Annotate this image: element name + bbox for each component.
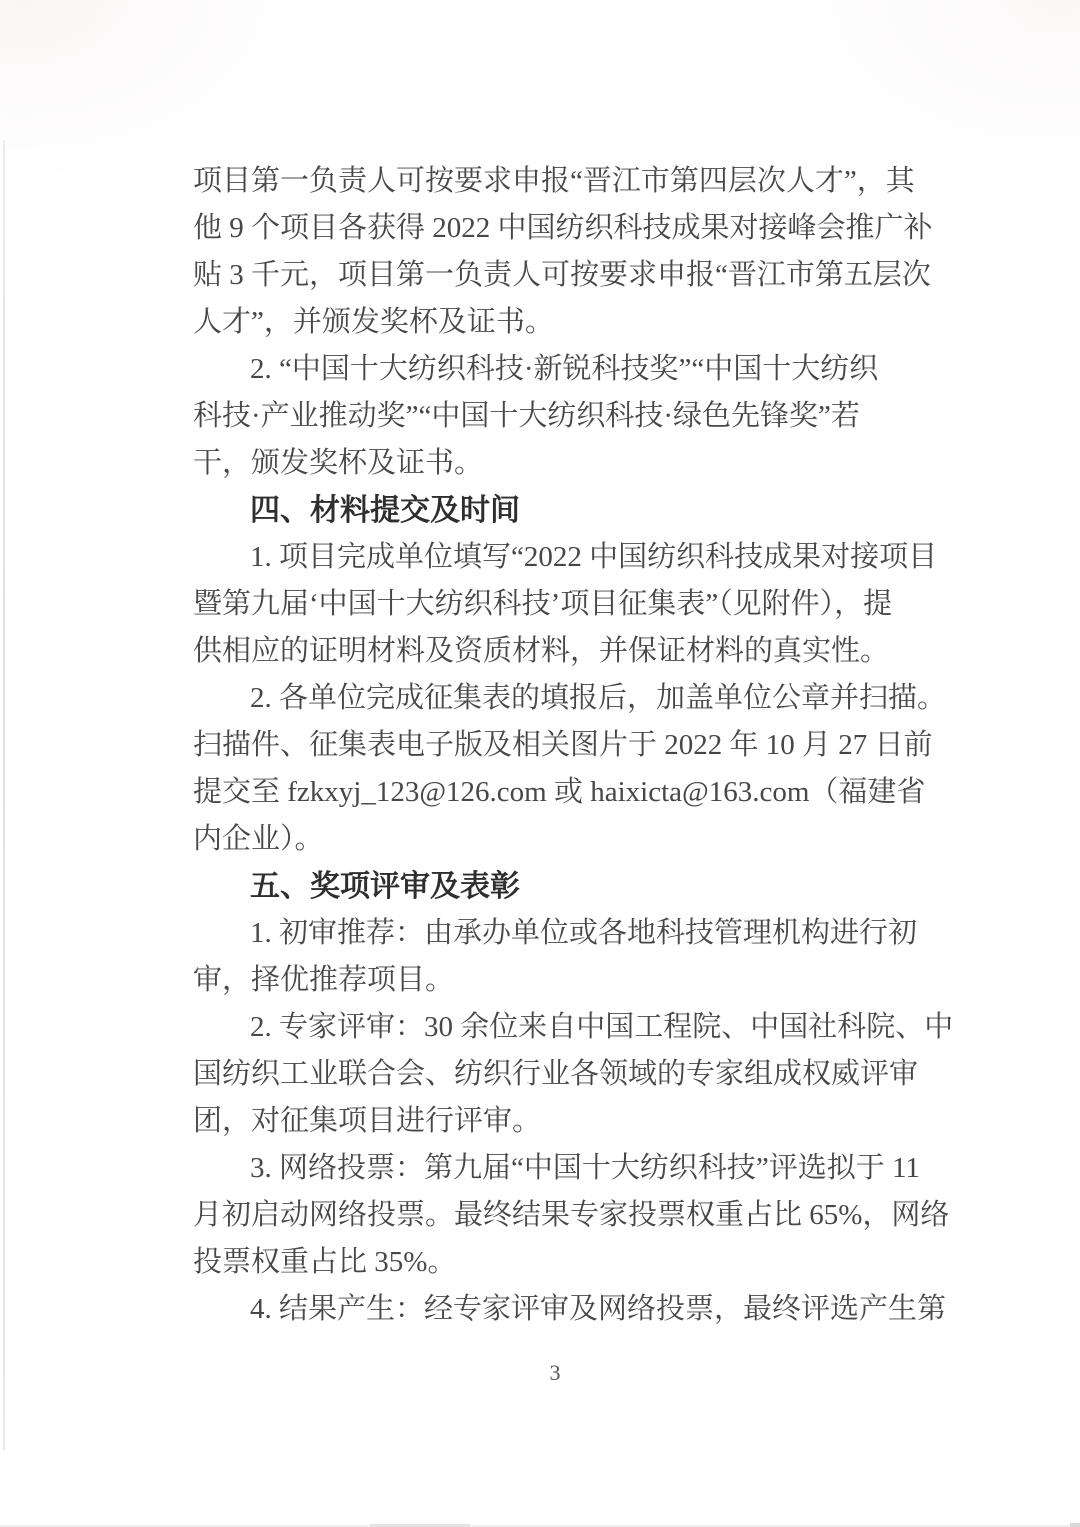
text-line: 科技·产业推动奖”“中国十大纺织科技·绿色先锋奖”若 xyxy=(193,393,953,440)
text-line: 1. 项目完成单位填写“2022 中国纺织科技成果对接项目 xyxy=(193,534,953,581)
text-line: 3. 网络投票：第九届“中国十大纺织科技”评选拟于 11 xyxy=(193,1145,953,1192)
text-line: 4. 结果产生：经专家评审及网络投票，最终评选产生第 xyxy=(193,1286,953,1333)
text-line: 干，颁发奖杯及证书。 xyxy=(193,440,953,487)
document-page: 项目第一负责人可按要求申报“晋江市第四层次人才”，其他 9 个项目各获得 202… xyxy=(0,0,1080,1527)
document-text-block: 项目第一负责人可按要求申报“晋江市第四层次人才”，其他 9 个项目各获得 202… xyxy=(193,158,953,1333)
page-number: 3 xyxy=(0,1358,1080,1388)
text-line: 提交至 fzkxyj_123@126.com 或 haixicta@163.co… xyxy=(193,769,953,816)
text-line: 2. 专家评审：30 余位来自中国工程院、中国社科院、中 xyxy=(193,1004,953,1051)
text-line: 人才”，并颁发奖杯及证书。 xyxy=(193,299,953,346)
text-line: 国纺织工业联合会、纺织行业各领域的专家组成权威评审 xyxy=(193,1051,953,1098)
text-line: 月初启动网络投票。最终结果专家投票权重占比 65%，网络 xyxy=(193,1192,953,1239)
text-line: 审，择优推荐项目。 xyxy=(193,957,953,1004)
text-line: 他 9 个项目各获得 2022 中国纺织科技成果对接峰会推广补 xyxy=(193,205,953,252)
text-line: 暨第九届‘中国十大纺织科技’项目征集表”（见附件），提 xyxy=(193,581,953,628)
text-line: 供相应的证明材料及资质材料，并保证材料的真实性。 xyxy=(193,628,953,675)
section-heading: 五、奖项评审及表彰 xyxy=(193,863,953,910)
text-line: 2. “中国十大纺织科技·新锐科技奖”“中国十大纺织 xyxy=(193,346,953,393)
text-line: 扫描件、征集表电子版及相关图片于 2022 年 10 月 27 日前 xyxy=(193,722,953,769)
scan-artifact-left-edge xyxy=(3,140,5,1450)
text-line: 贴 3 千元，项目第一负责人可按要求申报“晋江市第五层次 xyxy=(193,252,953,299)
text-line: 内企业）。 xyxy=(193,816,953,863)
text-line: 2. 各单位完成征集表的填报后，加盖单位公章并扫描。 xyxy=(193,675,953,722)
text-line: 项目第一负责人可按要求申报“晋江市第四层次人才”，其 xyxy=(193,158,953,205)
section-heading: 四、材料提交及时间 xyxy=(193,487,953,534)
scan-artifact-corner-mark xyxy=(1070,1523,1080,1527)
text-line: 团，对征集项目进行评审。 xyxy=(193,1098,953,1145)
text-line: 1. 初审推荐：由承办单位或各地科技管理机构进行初 xyxy=(193,910,953,957)
text-line: 投票权重占比 35%。 xyxy=(193,1239,953,1286)
